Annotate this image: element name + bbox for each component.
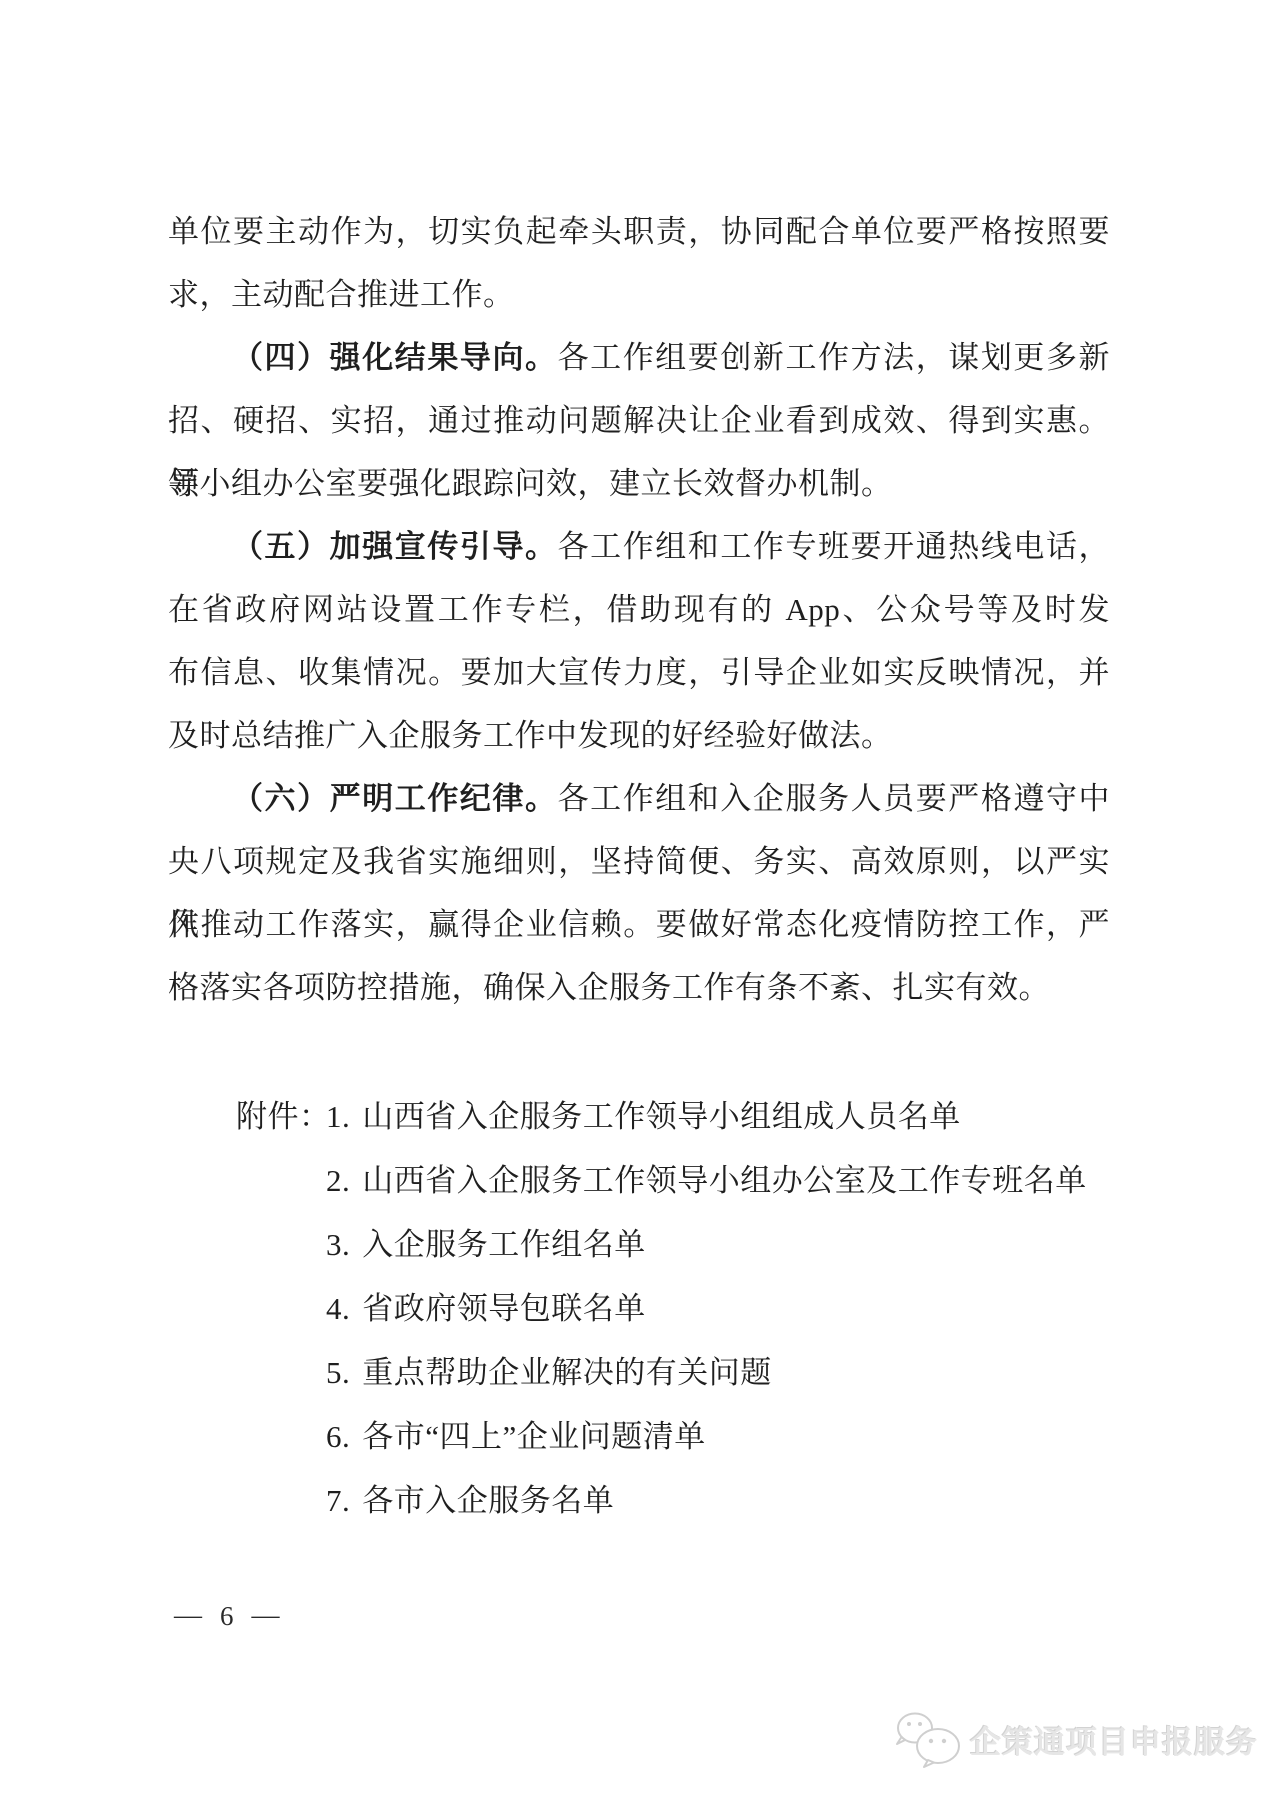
attachment-item-number: 4.	[326, 1291, 350, 1326]
body-text-line: （六）严明工作纪律。各工作组和入企服务人员要严格遵守中	[168, 767, 1110, 830]
attachment-item-number: 6.	[326, 1419, 350, 1454]
footer-watermark: 企策通项目申报服务	[890, 1710, 1258, 1768]
heading-run: （六）严明工作纪律。	[232, 781, 558, 816]
body-text-line: 招、硬招、实招，通过推动问题解决让企业看到成效、得到实惠。领	[168, 389, 1110, 452]
text-run: 各工作组要创新工作方法，谋划更多新	[558, 340, 1110, 375]
attachment-item-number: 5.	[326, 1355, 350, 1390]
text-run: 风推动工作落实，赢得企业信赖。要做好常态化疫情防控工作，严	[168, 907, 1110, 942]
attachment-item: 6.各市“四上”企业问题清单	[236, 1405, 1156, 1469]
text-run: 各工作组和工作专班要开通热线电话，	[558, 529, 1110, 564]
document-body: 单位要主动作为，切实负起牵头职责，协同配合单位要严格按照要求，主动配合推进工作。…	[168, 200, 1110, 1019]
body-text-line: 单位要主动作为，切实负起牵头职责，协同配合单位要严格按照要	[168, 200, 1110, 263]
body-text-line: 风推动工作落实，赢得企业信赖。要做好常态化疫情防控工作，严	[168, 893, 1110, 956]
text-run: 格落实各项防控措施，确保入企服务工作有条不紊、扎实有效。	[168, 970, 1050, 1005]
attachment-list: 附件：1.山西省入企服务工作领导小组组成人员名单2.山西省入企服务工作领导小组办…	[236, 1085, 1156, 1533]
body-text-line: （四）强化结果导向。各工作组要创新工作方法，谋划更多新	[168, 326, 1110, 389]
attachment-item: 5.重点帮助企业解决的有关问题	[236, 1341, 1156, 1405]
attachment-item-number: 2.	[326, 1163, 350, 1198]
text-run: 求，主动配合推进工作。	[168, 277, 515, 312]
attachment-item-title: 山西省入企服务工作领导小组组成人员名单	[362, 1099, 961, 1134]
text-run: 各工作组和入企服务人员要严格遵守中	[558, 781, 1110, 816]
attachment-item-title: 重点帮助企业解决的有关问题	[362, 1355, 772, 1390]
attachment-item-number: 1.	[326, 1099, 350, 1134]
body-text-line: 布信息、收集情况。要加大宣传力度，引导企业如实反映情况，并	[168, 641, 1110, 704]
attachment-item-title: 各市入企服务名单	[362, 1483, 614, 1518]
page-number: — 6 —	[174, 1600, 280, 1632]
attachment-item: 3.入企服务工作组名单	[236, 1213, 1156, 1277]
body-text-line: 求，主动配合推进工作。	[168, 263, 1110, 326]
body-text-line: 央八项规定及我省实施细则，坚持简便、务实、高效原则，以严实作	[168, 830, 1110, 893]
attachment-item-title: 各市“四上”企业问题清单	[362, 1419, 706, 1454]
attachment-item-title: 入企服务工作组名单	[362, 1227, 646, 1262]
body-text-line: 格落实各项防控措施，确保入企服务工作有条不紊、扎实有效。	[168, 956, 1110, 1019]
text-run: 导小组办公室要强化跟踪问效，建立长效督办机制。	[168, 466, 893, 501]
attachment-item-title: 省政府领导包联名单	[362, 1291, 646, 1326]
attachment-item-number: 7.	[326, 1483, 350, 1518]
wechat-icon	[890, 1710, 964, 1768]
body-text-line: 及时总结推广入企服务工作中发现的好经验好做法。	[168, 704, 1110, 767]
attachment-item: 附件：1.山西省入企服务工作领导小组组成人员名单	[236, 1085, 1156, 1149]
text-run: 布信息、收集情况。要加大宣传力度，引导企业如实反映情况，并	[168, 655, 1110, 690]
page-number-value: 6	[220, 1601, 234, 1632]
attachments-label: 附件：	[236, 1085, 326, 1149]
text-run: 单位要主动作为，切实负起牵头职责，协同配合单位要严格按照要	[168, 214, 1110, 249]
attachment-item-title: 山西省入企服务工作领导小组办公室及工作专班名单	[362, 1163, 1087, 1198]
page-number-dash-right: —	[252, 1600, 280, 1632]
document-page: 单位要主动作为，切实负起牵头职责，协同配合单位要严格按照要求，主动配合推进工作。…	[0, 0, 1280, 1794]
heading-run: （四）强化结果导向。	[232, 340, 558, 375]
footer-watermark-text: 企策通项目申报服务	[970, 1717, 1258, 1762]
attachment-item-number: 3.	[326, 1227, 350, 1262]
text-run: 在省政府网站设置工作专栏，借助现有的 App、公众号等及时发	[168, 592, 1110, 627]
attachment-item: 4.省政府领导包联名单	[236, 1277, 1156, 1341]
page-number-dash-left: —	[174, 1600, 202, 1632]
text-run: 及时总结推广入企服务工作中发现的好经验好做法。	[168, 718, 893, 753]
attachment-item: 7.各市入企服务名单	[236, 1469, 1156, 1533]
attachment-item: 2.山西省入企服务工作领导小组办公室及工作专班名单	[236, 1149, 1156, 1213]
body-text-line: 导小组办公室要强化跟踪问效，建立长效督办机制。	[168, 452, 1110, 515]
body-text-line: 在省政府网站设置工作专栏，借助现有的 App、公众号等及时发	[168, 578, 1110, 641]
heading-run: （五）加强宣传引导。	[232, 529, 558, 564]
body-text-line: （五）加强宣传引导。各工作组和工作专班要开通热线电话，	[168, 515, 1110, 578]
